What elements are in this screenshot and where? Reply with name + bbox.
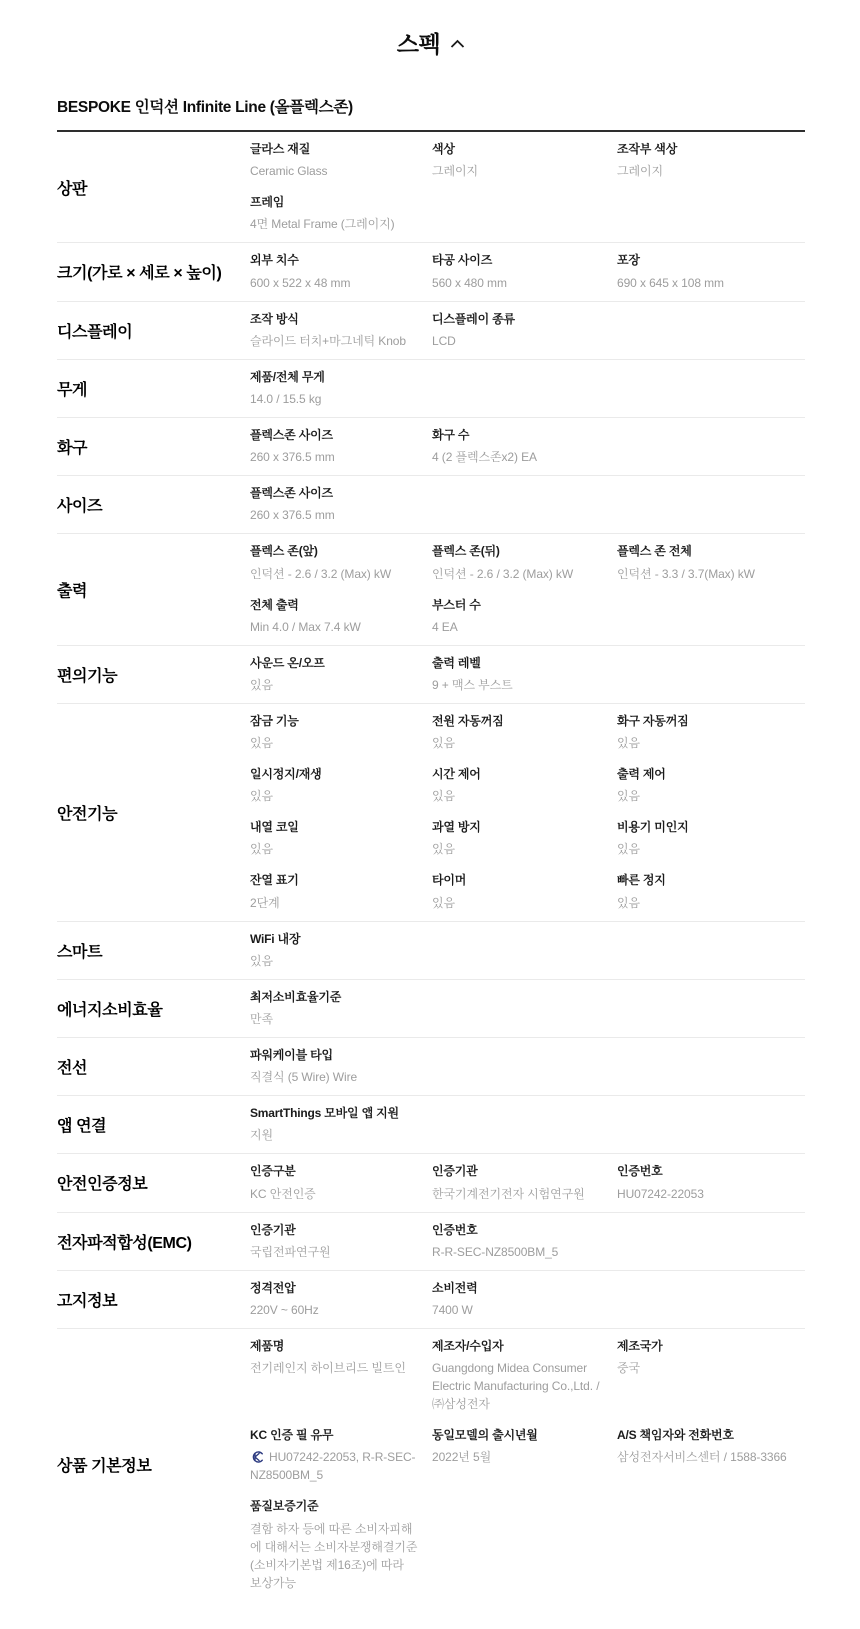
spec-item: 제조자/수입자 Guangdong Midea Consumer Electri… bbox=[432, 1330, 617, 1419]
spec-category-label: 디스플레이 bbox=[57, 302, 250, 359]
spec-item-value: 있음 bbox=[432, 894, 603, 912]
spec-item-value-text: 인덕션 - 2.6 / 3.2 (Max) kW bbox=[432, 567, 573, 581]
spec-item-value-text: 260 x 376.5 mm bbox=[250, 450, 335, 464]
spec-item-value-text: Min 4.0 / Max 7.4 kW bbox=[250, 620, 361, 634]
spec-category-label: 전선 bbox=[57, 1038, 250, 1095]
spec-item-value-text: 중국 bbox=[617, 1361, 640, 1375]
spec-item-value: 560 x 480 mm bbox=[432, 274, 603, 292]
spec-item-label: 플렉스 존(앞) bbox=[250, 543, 418, 559]
spec-item-value: 있음 bbox=[617, 734, 791, 752]
spec-row-items: WiFi 내장 있음 bbox=[250, 922, 805, 979]
spec-item: 품질보증기준 결함 하자 등에 따른 소비자피해에 대해서는 소비자분쟁해결기준… bbox=[250, 1490, 432, 1597]
spec-item-label: 디스플레이 종류 bbox=[432, 311, 603, 327]
spec-item-value: HU07242-22053 bbox=[617, 1185, 791, 1203]
spec-row: 디스플레이 조작 방식 슬라이드 터치+마그네틱 Knob 디스플레이 종류 L… bbox=[57, 302, 805, 360]
spec-item: 제품/전체 무게 14.0 / 15.5 kg bbox=[250, 361, 432, 414]
spec-item-value-text: HU07242-22053 bbox=[617, 1187, 704, 1201]
spec-item: 최저소비효율기준 만족 bbox=[250, 981, 432, 1034]
spec-item: 제품명 전기레인지 하이브리드 빌트인 bbox=[250, 1330, 432, 1419]
spec-item-value: 있음 bbox=[250, 840, 418, 858]
spec-item-value-text: 그레이지 bbox=[617, 164, 663, 178]
spec-table: 상판 글라스 재질 Ceramic Glass 색상 그레이지 조작부 색상 그… bbox=[57, 132, 805, 1601]
spec-item-label: 소비전력 bbox=[432, 1280, 603, 1296]
spec-item-value: 있음 bbox=[250, 734, 418, 752]
spec-item-label: 인증구분 bbox=[250, 1163, 418, 1179]
spec-item-value-text: R-R-SEC-NZ8500BM_5 bbox=[432, 1245, 558, 1259]
page-title: 스펙 bbox=[397, 26, 440, 59]
spec-category-label: 안전기능 bbox=[57, 704, 250, 921]
spec-item-label: 인증기관 bbox=[432, 1163, 603, 1179]
spec-item-value: 인덕션 - 3.3 / 3.7(Max) kW bbox=[617, 565, 791, 583]
spec-item-label: 일시정지/재생 bbox=[250, 766, 418, 782]
spec-row-items: 조작 방식 슬라이드 터치+마그네틱 Knob 디스플레이 종류 LCD bbox=[250, 302, 805, 359]
spec-item-value-text: 600 x 522 x 48 mm bbox=[250, 276, 350, 290]
spec-item-label: 인증번호 bbox=[617, 1163, 791, 1179]
spec-item: 인증번호 R-R-SEC-NZ8500BM_5 bbox=[432, 1214, 617, 1267]
spec-item-value: 슬라이드 터치+마그네틱 Knob bbox=[250, 332, 418, 350]
spec-row-items: 플렉스존 사이즈 260 x 376.5 mm 화구 수 4 (2 플렉스존x2… bbox=[250, 418, 805, 475]
spec-item: 플렉스 존(앞) 인덕션 - 2.6 / 3.2 (Max) kW bbox=[250, 535, 432, 588]
spec-item-label: 시간 제어 bbox=[432, 766, 603, 782]
spec-row-items: 잠금 기능 있음 전원 자동꺼짐 있음 화구 자동꺼짐 있음 일시정지/재생 있… bbox=[250, 704, 805, 921]
spec-row: 전자파적합성(EMC) 인증기관 국립전파연구원 인증번호 R-R-SEC-NZ… bbox=[57, 1213, 805, 1271]
spec-item-value: 인덕션 - 2.6 / 3.2 (Max) kW bbox=[432, 565, 603, 583]
spec-row-items: 인증구분 KC 안전인증 인증기관 한국기계전기전자 시험연구원 인증번호 HU… bbox=[250, 1154, 805, 1211]
spec-row: 고지정보 정격전압 220V ~ 60Hz 소비전력 7400 W bbox=[57, 1271, 805, 1329]
spec-item-label: 파워케이블 타입 bbox=[250, 1047, 418, 1063]
spec-item-value-text: 9 + 맥스 부스트 bbox=[432, 678, 513, 692]
spec-item-value-text: 만족 bbox=[250, 1012, 273, 1026]
spec-row-items: 제품명 전기레인지 하이브리드 빌트인 제조자/수입자 Guangdong Mi… bbox=[250, 1329, 805, 1601]
spec-item-value: 한국기계전기전자 시험연구원 bbox=[432, 1185, 603, 1203]
spec-item-value: HU07242-22053, R-R-SEC-NZ8500BM_5 bbox=[250, 1448, 418, 1484]
spec-item-value-text: 14.0 / 15.5 kg bbox=[250, 392, 321, 406]
spec-item-label: 색상 bbox=[432, 141, 603, 157]
spec-item-label: 제조국가 bbox=[617, 1338, 791, 1354]
spec-row-items: 최저소비효율기준 만족 bbox=[250, 980, 805, 1037]
spec-item-value-text: 있음 bbox=[432, 896, 455, 910]
spec-item: 타이머 있음 bbox=[432, 864, 617, 917]
spec-item: 잔열 표기 2단계 bbox=[250, 864, 432, 917]
spec-item-label: 사운드 온/오프 bbox=[250, 655, 418, 671]
spec-item-label: 잔열 표기 bbox=[250, 872, 418, 888]
spec-item-value: 결함 하자 등에 따른 소비자피해에 대해서는 소비자분쟁해결기준(소비자기본법… bbox=[250, 1520, 418, 1592]
spec-item-label: 품질보증기준 bbox=[250, 1498, 418, 1514]
spec-item-value: 있음 bbox=[250, 952, 418, 970]
spec-item-value: 220V ~ 60Hz bbox=[250, 1301, 418, 1319]
spec-item-label: 과열 방지 bbox=[432, 819, 603, 835]
spec-item-label: 타공 사이즈 bbox=[432, 252, 603, 268]
spec-item-value-text: 7400 W bbox=[432, 1303, 473, 1317]
spec-item: 프레임 4면 Metal Frame (그레이지) bbox=[250, 186, 432, 239]
spec-item-value-text: 있음 bbox=[250, 789, 273, 803]
spec-item-value: 있음 bbox=[250, 787, 418, 805]
spec-item: 인증구분 KC 안전인증 bbox=[250, 1155, 432, 1208]
spec-item-value: 690 x 645 x 108 mm bbox=[617, 274, 791, 292]
spec-item: 조작 방식 슬라이드 터치+마그네틱 Knob bbox=[250, 303, 432, 356]
spec-item-label: 프레임 bbox=[250, 194, 418, 210]
spec-item-value: 지원 bbox=[250, 1126, 418, 1144]
spec-section-toggle[interactable]: 스펙 bbox=[57, 0, 805, 59]
spec-item: A/S 책임자와 전화번호 삼성전자서비스센터 / 1588-3366 bbox=[617, 1419, 805, 1490]
spec-item-value-text: HU07242-22053, R-R-SEC-NZ8500BM_5 bbox=[250, 1450, 415, 1482]
spec-item-value-text: 220V ~ 60Hz bbox=[250, 1303, 319, 1317]
spec-item-value: 국립전파연구원 bbox=[250, 1243, 418, 1261]
spec-page: 스펙 BESPOKE 인덕션 Infinite Line (올플렉스존) 상판 … bbox=[0, 0, 860, 1629]
spec-item-value-text: 있음 bbox=[432, 736, 455, 750]
spec-item: 플렉스 존(뒤) 인덕션 - 2.6 / 3.2 (Max) kW bbox=[432, 535, 617, 588]
spec-category-label: 스마트 bbox=[57, 922, 250, 979]
spec-category-label: 편의기능 bbox=[57, 646, 250, 703]
spec-item-label: 내열 코일 bbox=[250, 819, 418, 835]
spec-item-value-text: KC 안전인증 bbox=[250, 1187, 316, 1201]
spec-item-value: 있음 bbox=[432, 787, 603, 805]
spec-row: 스마트 WiFi 내장 있음 bbox=[57, 922, 805, 980]
spec-item-label: 빠른 정지 bbox=[617, 872, 791, 888]
spec-category-label: 크기(가로 × 세로 × 높이) bbox=[57, 243, 250, 300]
spec-item-label: 조작 방식 bbox=[250, 311, 418, 327]
spec-item-value-text: 2022년 5월 bbox=[432, 1450, 491, 1464]
spec-item-label: 출력 레벨 bbox=[432, 655, 603, 671]
spec-item-value: 4면 Metal Frame (그레이지) bbox=[250, 215, 418, 233]
spec-item-value-text: 있음 bbox=[432, 842, 455, 856]
spec-item: 플렉스존 사이즈 260 x 376.5 mm bbox=[250, 477, 432, 530]
spec-item: 부스터 수 4 EA bbox=[432, 589, 617, 642]
spec-category-label: 안전인증정보 bbox=[57, 1154, 250, 1211]
spec-item-value: KC 안전인증 bbox=[250, 1185, 418, 1203]
spec-item: WiFi 내장 있음 bbox=[250, 923, 432, 976]
spec-item: 플렉스존 사이즈 260 x 376.5 mm bbox=[250, 419, 432, 472]
spec-item: 동일모델의 출시년월 2022년 5월 bbox=[432, 1419, 617, 1490]
spec-item: 외부 치수 600 x 522 x 48 mm bbox=[250, 244, 432, 297]
spec-item-value: 9 + 맥스 부스트 bbox=[432, 676, 603, 694]
spec-item-value: 있음 bbox=[617, 894, 791, 912]
spec-item: 디스플레이 종류 LCD bbox=[432, 303, 617, 356]
spec-item: 출력 제어 있음 bbox=[617, 758, 805, 811]
spec-category-label: 상판 bbox=[57, 132, 250, 242]
spec-row: 무게 제품/전체 무게 14.0 / 15.5 kg bbox=[57, 360, 805, 418]
spec-item-label: 화구 자동꺼짐 bbox=[617, 713, 791, 729]
spec-row-items: 글라스 재질 Ceramic Glass 색상 그레이지 조작부 색상 그레이지… bbox=[250, 132, 805, 242]
spec-item-value: 중국 bbox=[617, 1359, 791, 1377]
spec-item-value: 그레이지 bbox=[617, 162, 791, 180]
spec-item: 전체 출력 Min 4.0 / Max 7.4 kW bbox=[250, 589, 432, 642]
spec-row-items: 제품/전체 무게 14.0 / 15.5 kg bbox=[250, 360, 805, 417]
spec-row-items: 사운드 온/오프 있음 출력 레벨 9 + 맥스 부스트 bbox=[250, 646, 805, 703]
product-title: BESPOKE 인덕션 Infinite Line (올플렉스존) bbox=[57, 95, 805, 132]
spec-item-value: 전기레인지 하이브리드 빌트인 bbox=[250, 1359, 418, 1377]
spec-item: KC 인증 필 유무 HU07242-22053, R-R-SEC-NZ8500… bbox=[250, 1419, 432, 1490]
spec-item: 인증기관 한국기계전기전자 시험연구원 bbox=[432, 1155, 617, 1208]
spec-item-value-text: 있음 bbox=[617, 789, 640, 803]
spec-row-items: SmartThings 모바일 앱 지원 지원 bbox=[250, 1096, 805, 1153]
spec-item-value-text: 한국기계전기전자 시험연구원 bbox=[432, 1187, 585, 1201]
spec-item-value-text: 560 x 480 mm bbox=[432, 276, 507, 290]
spec-item-label: 글라스 재질 bbox=[250, 141, 418, 157]
spec-item-label: 인증기관 bbox=[250, 1222, 418, 1238]
spec-row: 크기(가로 × 세로 × 높이) 외부 치수 600 x 522 x 48 mm… bbox=[57, 243, 805, 301]
spec-item-label: 플렉스 존(뒤) bbox=[432, 543, 603, 559]
spec-item-value-text: 있음 bbox=[432, 789, 455, 803]
spec-row: 전선 파워케이블 타입 직결식 (5 Wire) Wire bbox=[57, 1038, 805, 1096]
spec-item-value-text: 국립전파연구원 bbox=[250, 1245, 330, 1259]
spec-row: 출력 플렉스 존(앞) 인덕션 - 2.6 / 3.2 (Max) kW 플렉스… bbox=[57, 534, 805, 645]
spec-item: 사운드 온/오프 있음 bbox=[250, 647, 432, 700]
spec-item: 정격전압 220V ~ 60Hz bbox=[250, 1272, 432, 1325]
spec-item-value: 만족 bbox=[250, 1010, 418, 1028]
spec-item-value-text: 인덕션 - 2.6 / 3.2 (Max) kW bbox=[250, 567, 391, 581]
spec-item-label: 전체 출력 bbox=[250, 597, 418, 613]
spec-item-label: KC 인증 필 유무 bbox=[250, 1427, 418, 1443]
spec-item: 조작부 색상 그레이지 bbox=[617, 133, 805, 186]
spec-item-value: 있음 bbox=[617, 787, 791, 805]
spec-item-value-text: 전기레인지 하이브리드 빌트인 bbox=[250, 1361, 406, 1375]
spec-item: 시간 제어 있음 bbox=[432, 758, 617, 811]
spec-item: 타공 사이즈 560 x 480 mm bbox=[432, 244, 617, 297]
spec-item-label: 플렉스존 사이즈 bbox=[250, 485, 418, 501]
spec-item-value-text: 있음 bbox=[250, 954, 273, 968]
spec-item-label: 제품/전체 무게 bbox=[250, 369, 418, 385]
spec-item: 출력 레벨 9 + 맥스 부스트 bbox=[432, 647, 617, 700]
spec-row-items: 정격전압 220V ~ 60Hz 소비전력 7400 W bbox=[250, 1271, 805, 1328]
spec-item: 색상 그레이지 bbox=[432, 133, 617, 186]
spec-category-label: 상품 기본정보 bbox=[57, 1329, 250, 1601]
spec-item-value-text: 있음 bbox=[250, 678, 273, 692]
spec-item-value-text: 있음 bbox=[250, 736, 273, 750]
spec-item-value: 600 x 522 x 48 mm bbox=[250, 274, 418, 292]
spec-item-label: 타이머 bbox=[432, 872, 603, 888]
spec-item-value-text: 삼성전자서비스센터 / 1588-3366 bbox=[617, 1450, 787, 1464]
spec-category-label: 무게 bbox=[57, 360, 250, 417]
spec-item-label: 외부 치수 bbox=[250, 252, 418, 268]
spec-row: 에너지소비효율 최저소비효율기준 만족 bbox=[57, 980, 805, 1038]
spec-item-value-text: 있음 bbox=[250, 842, 273, 856]
spec-item: 소비전력 7400 W bbox=[432, 1272, 617, 1325]
spec-item-label: 정격전압 bbox=[250, 1280, 418, 1296]
spec-item-label: 부스터 수 bbox=[432, 597, 603, 613]
spec-item-value: 4 (2 플렉스존x2) EA bbox=[432, 448, 603, 466]
spec-item-value: 있음 bbox=[432, 734, 603, 752]
spec-item: 과열 방지 있음 bbox=[432, 811, 617, 864]
spec-item-label: 플렉스 존 전체 bbox=[617, 543, 791, 559]
spec-item: 플렉스 존 전체 인덕션 - 3.3 / 3.7(Max) kW bbox=[617, 535, 805, 588]
spec-item: 전원 자동꺼짐 있음 bbox=[432, 705, 617, 758]
spec-item-label: 플렉스존 사이즈 bbox=[250, 427, 418, 443]
spec-item-value-text: 있음 bbox=[617, 736, 640, 750]
spec-item-label: 전원 자동꺼짐 bbox=[432, 713, 603, 729]
spec-item-value: Min 4.0 / Max 7.4 kW bbox=[250, 618, 418, 636]
spec-item-value: 260 x 376.5 mm bbox=[250, 448, 418, 466]
spec-category-label: 화구 bbox=[57, 418, 250, 475]
spec-item-value-text: 슬라이드 터치+마그네틱 Knob bbox=[250, 334, 406, 348]
spec-row: 화구 플렉스존 사이즈 260 x 376.5 mm 화구 수 4 (2 플렉스… bbox=[57, 418, 805, 476]
spec-category-label: 전자파적합성(EMC) bbox=[57, 1213, 250, 1270]
spec-item-label: 포장 bbox=[617, 252, 791, 268]
spec-item-value-text: 2단계 bbox=[250, 896, 280, 910]
spec-item-value: 2단계 bbox=[250, 894, 418, 912]
spec-row: 앱 연결 SmartThings 모바일 앱 지원 지원 bbox=[57, 1096, 805, 1154]
spec-row: 사이즈 플렉스존 사이즈 260 x 376.5 mm bbox=[57, 476, 805, 534]
spec-row-items: 파워케이블 타입 직결식 (5 Wire) Wire bbox=[250, 1038, 805, 1095]
kc-certification-icon bbox=[250, 1450, 264, 1462]
spec-item-label: 화구 수 bbox=[432, 427, 603, 443]
spec-item-value: 인덕션 - 2.6 / 3.2 (Max) kW bbox=[250, 565, 418, 583]
spec-item: 일시정지/재생 있음 bbox=[250, 758, 432, 811]
spec-item-value: Guangdong Midea Consumer Electric Manufa… bbox=[432, 1359, 603, 1413]
spec-item-value: 그레이지 bbox=[432, 162, 603, 180]
spec-item: 화구 수 4 (2 플렉스존x2) EA bbox=[432, 419, 617, 472]
spec-row: 편의기능 사운드 온/오프 있음 출력 레벨 9 + 맥스 부스트 bbox=[57, 646, 805, 704]
spec-item-label: 출력 제어 bbox=[617, 766, 791, 782]
spec-item-value: R-R-SEC-NZ8500BM_5 bbox=[432, 1243, 603, 1261]
spec-item-value-text: Guangdong Midea Consumer Electric Manufa… bbox=[432, 1361, 599, 1411]
chevron-up-icon bbox=[450, 39, 465, 49]
spec-item-value-text: 그레이지 bbox=[432, 164, 478, 178]
spec-item-label: 잠금 기능 bbox=[250, 713, 418, 729]
spec-item: 글라스 재질 Ceramic Glass bbox=[250, 133, 432, 186]
spec-item-value: 삼성전자서비스센터 / 1588-3366 bbox=[617, 1448, 791, 1466]
spec-item: 잠금 기능 있음 bbox=[250, 705, 432, 758]
spec-item-value-text: LCD bbox=[432, 334, 456, 348]
spec-item: 비용기 미인지 있음 bbox=[617, 811, 805, 864]
spec-item-value: 있음 bbox=[432, 840, 603, 858]
spec-item-label: WiFi 내장 bbox=[250, 931, 418, 947]
spec-item: SmartThings 모바일 앱 지원 지원 bbox=[250, 1097, 432, 1150]
spec-item-value-text: 있음 bbox=[617, 842, 640, 856]
spec-row: 안전기능 잠금 기능 있음 전원 자동꺼짐 있음 화구 자동꺼짐 있음 일시정지… bbox=[57, 704, 805, 922]
spec-item-value: 있음 bbox=[250, 676, 418, 694]
spec-row-items: 플렉스 존(앞) 인덕션 - 2.6 / 3.2 (Max) kW 플렉스 존(… bbox=[250, 534, 805, 644]
spec-item-value-text: 있음 bbox=[617, 896, 640, 910]
spec-item-value-text: 4 (2 플렉스존x2) EA bbox=[432, 450, 537, 464]
spec-item-value: LCD bbox=[432, 332, 603, 350]
spec-item: 화구 자동꺼짐 있음 bbox=[617, 705, 805, 758]
spec-item-label: 조작부 색상 bbox=[617, 141, 791, 157]
spec-row-items: 외부 치수 600 x 522 x 48 mm 타공 사이즈 560 x 480… bbox=[250, 243, 805, 300]
spec-item: 내열 코일 있음 bbox=[250, 811, 432, 864]
spec-item-value-text: 260 x 376.5 mm bbox=[250, 508, 335, 522]
spec-item-label: 제조자/수입자 bbox=[432, 1338, 603, 1354]
spec-item-value-text: 직결식 (5 Wire) Wire bbox=[250, 1070, 357, 1084]
spec-item: 인증기관 국립전파연구원 bbox=[250, 1214, 432, 1267]
spec-row-items: 플렉스존 사이즈 260 x 376.5 mm bbox=[250, 476, 805, 533]
spec-category-label: 앱 연결 bbox=[57, 1096, 250, 1153]
spec-item: 파워케이블 타입 직결식 (5 Wire) Wire bbox=[250, 1039, 432, 1092]
spec-item-label: 동일모델의 출시년월 bbox=[432, 1427, 603, 1443]
spec-item-value-text: 4 EA bbox=[432, 620, 458, 634]
spec-item-label: A/S 책임자와 전화번호 bbox=[617, 1427, 791, 1443]
spec-category-label: 에너지소비효율 bbox=[57, 980, 250, 1037]
spec-category-label: 출력 bbox=[57, 534, 250, 644]
spec-category-label: 사이즈 bbox=[57, 476, 250, 533]
spec-item-value: 직결식 (5 Wire) Wire bbox=[250, 1068, 418, 1086]
spec-item-label: 최저소비효율기준 bbox=[250, 989, 418, 1005]
spec-item-value: 2022년 5월 bbox=[432, 1448, 603, 1466]
spec-item-value: Ceramic Glass bbox=[250, 162, 418, 180]
spec-item-value: 7400 W bbox=[432, 1301, 603, 1319]
spec-item-value: 4 EA bbox=[432, 618, 603, 636]
spec-item: 포장 690 x 645 x 108 mm bbox=[617, 244, 805, 297]
spec-item-value: 260 x 376.5 mm bbox=[250, 506, 418, 524]
spec-item-value-text: 690 x 645 x 108 mm bbox=[617, 276, 724, 290]
spec-item-label: 비용기 미인지 bbox=[617, 819, 791, 835]
spec-item: 인증번호 HU07242-22053 bbox=[617, 1155, 805, 1208]
spec-item-value: 있음 bbox=[617, 840, 791, 858]
spec-row: 상판 글라스 재질 Ceramic Glass 색상 그레이지 조작부 색상 그… bbox=[57, 132, 805, 243]
spec-category-label: 고지정보 bbox=[57, 1271, 250, 1328]
spec-item-label: SmartThings 모바일 앱 지원 bbox=[250, 1105, 418, 1121]
spec-item-value-text: 결함 하자 등에 따른 소비자피해에 대해서는 소비자분쟁해결기준(소비자기본법… bbox=[250, 1522, 417, 1590]
spec-row-items: 인증기관 국립전파연구원 인증번호 R-R-SEC-NZ8500BM_5 bbox=[250, 1213, 805, 1270]
spec-item-value-text: 지원 bbox=[250, 1128, 273, 1142]
spec-item-value-text: 4면 Metal Frame (그레이지) bbox=[250, 217, 395, 231]
spec-item-label: 인증번호 bbox=[432, 1222, 603, 1238]
spec-item-value: 14.0 / 15.5 kg bbox=[250, 390, 418, 408]
spec-item-label: 제품명 bbox=[250, 1338, 418, 1354]
spec-row: 안전인증정보 인증구분 KC 안전인증 인증기관 한국기계전기전자 시험연구원 … bbox=[57, 1154, 805, 1212]
spec-item-value-text: 인덕션 - 3.3 / 3.7(Max) kW bbox=[617, 567, 755, 581]
spec-item: 제조국가 중국 bbox=[617, 1330, 805, 1419]
spec-row: 상품 기본정보 제품명 전기레인지 하이브리드 빌트인 제조자/수입자 Guan… bbox=[57, 1329, 805, 1601]
spec-item-value-text: Ceramic Glass bbox=[250, 164, 327, 178]
spec-item: 빠른 정지 있음 bbox=[617, 864, 805, 917]
